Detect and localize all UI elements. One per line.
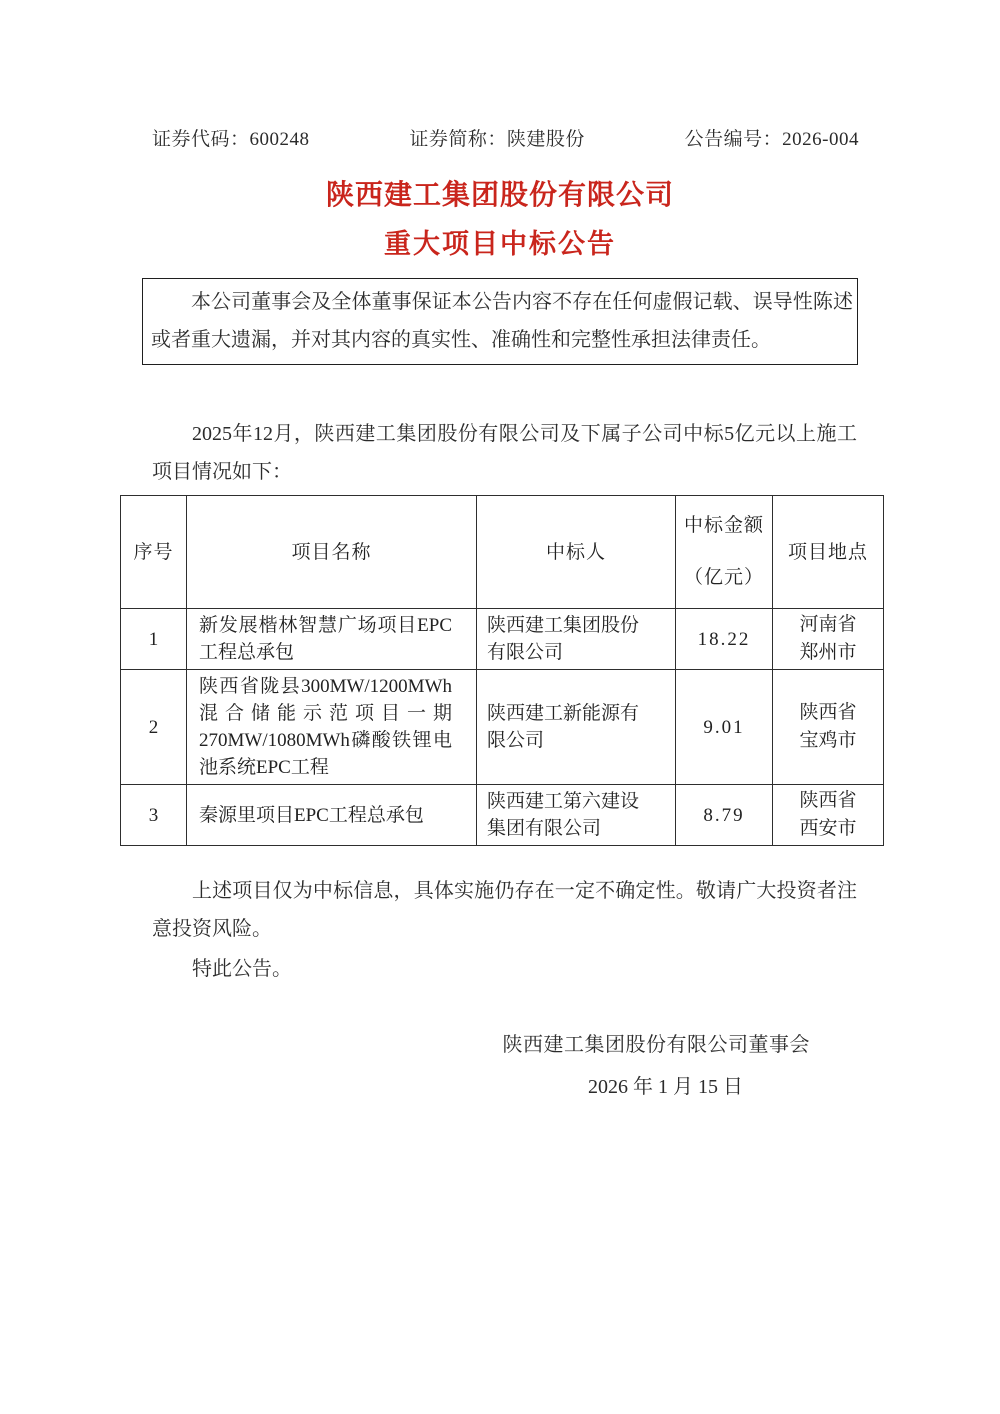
row3-location-province: 陕西省	[781, 787, 875, 815]
row2-location-city: 宝鸡市	[781, 727, 875, 755]
row1-seq: 1	[121, 609, 187, 670]
row3-seq: 3	[121, 785, 187, 846]
row1-project-name: 新发展楷林智慧广场项目EPC工程总承包	[187, 609, 477, 670]
col-header-amount-line2: （亿元）	[684, 558, 764, 598]
col-header-location: 项目地点	[773, 496, 884, 609]
bid-projects-table: 序号 项目名称 中标人 中标金额 （亿元） 项目地点 1 新发展楷林智慧广场项目…	[120, 495, 884, 846]
row2-amount: 9.01	[676, 670, 773, 785]
table-row: 2 陕西省陇县300MW/1200MWh混合储能示范项目一期270MW/1080…	[121, 670, 884, 785]
intro-paragraph: 2025年12月，陕西建工集团股份有限公司及下属子公司中标5亿元以上施工项目情况…	[152, 415, 857, 491]
announcement-title: 重大项目中标公告	[0, 228, 1000, 260]
col-header-seq: 序号	[121, 496, 187, 609]
company-title: 陕西建工集团股份有限公司	[0, 178, 1000, 214]
row1-location-city: 郑州市	[781, 639, 875, 667]
table-header-row: 序号 项目名称 中标人 中标金额 （亿元） 项目地点	[121, 496, 884, 609]
securities-meta-row: 证券代码：600248 证券简称：陕建股份 公告编号：2026-004	[152, 128, 859, 152]
row3-project-name: 秦源里项目EPC工程总承包	[187, 785, 477, 846]
notice-text: 特此公告。	[152, 950, 857, 988]
col-header-amount-gap	[684, 546, 764, 558]
table-row: 1 新发展楷林智慧广场项目EPC工程总承包 陕西建工集团股份有限公司 18.22…	[121, 609, 884, 670]
row2-location-province: 陕西省	[781, 699, 875, 727]
row2-winner: 陕西建工新能源有限公司	[477, 670, 676, 785]
row1-amount: 18.22	[676, 609, 773, 670]
announcement-document: 证券代码：600248 证券简称：陕建股份 公告编号：2026-004 陕西建工…	[0, 0, 1000, 1414]
stock-code: 证券代码：600248	[152, 128, 310, 152]
intro-text: 2025年12月，陕西建工集团股份有限公司及下属子公司中标5亿元以上施工项目情况…	[152, 415, 857, 491]
row3-winner: 陕西建工第六建设集团有限公司	[477, 785, 676, 846]
col-header-winner: 中标人	[477, 496, 676, 609]
row3-amount: 8.79	[676, 785, 773, 846]
table-row: 3 秦源里项目EPC工程总承包 陕西建工第六建设集团有限公司 8.79 陕西省 …	[121, 785, 884, 846]
row1-location: 河南省 郑州市	[773, 609, 884, 670]
announcement-number: 公告编号：2026-004	[685, 128, 859, 152]
risk-note-paragraph: 上述项目仅为中标信息，具体实施仍存在一定不确定性。敬请广大投资者注意投资风险。	[152, 872, 857, 948]
row1-winner: 陕西建工集团股份有限公司	[477, 609, 676, 670]
board-disclaimer-text: 本公司董事会及全体董事保证本公告内容不存在任何虚假记载、误导性陈述或者重大遗漏，…	[151, 283, 853, 359]
row3-location-city: 西安市	[781, 815, 875, 843]
row3-location: 陕西省 西安市	[773, 785, 884, 846]
board-disclaimer-box: 本公司董事会及全体董事保证本公告内容不存在任何虚假记载、误导性陈述或者重大遗漏，…	[142, 278, 858, 365]
row2-location: 陕西省 宝鸡市	[773, 670, 884, 785]
signature-issuer: 陕西建工集团股份有限公司董事会	[0, 1030, 1000, 1060]
col-header-amount: 中标金额 （亿元）	[676, 496, 773, 609]
row2-seq: 2	[121, 670, 187, 785]
risk-note-text: 上述项目仅为中标信息，具体实施仍存在一定不确定性。敬请广大投资者注意投资风险。	[152, 872, 857, 948]
col-header-amount-line1: 中标金额	[684, 506, 764, 546]
row2-project-name: 陕西省陇县300MW/1200MWh混合储能示范项目一期270MW/1080MW…	[187, 670, 477, 785]
signature-date: 2026 年 1 月 15 日	[0, 1072, 1000, 1102]
col-header-project: 项目名称	[187, 496, 477, 609]
notice-paragraph: 特此公告。	[152, 950, 857, 988]
stock-short-name: 证券简称：陕建股份	[409, 128, 585, 152]
row1-location-province: 河南省	[781, 611, 875, 639]
